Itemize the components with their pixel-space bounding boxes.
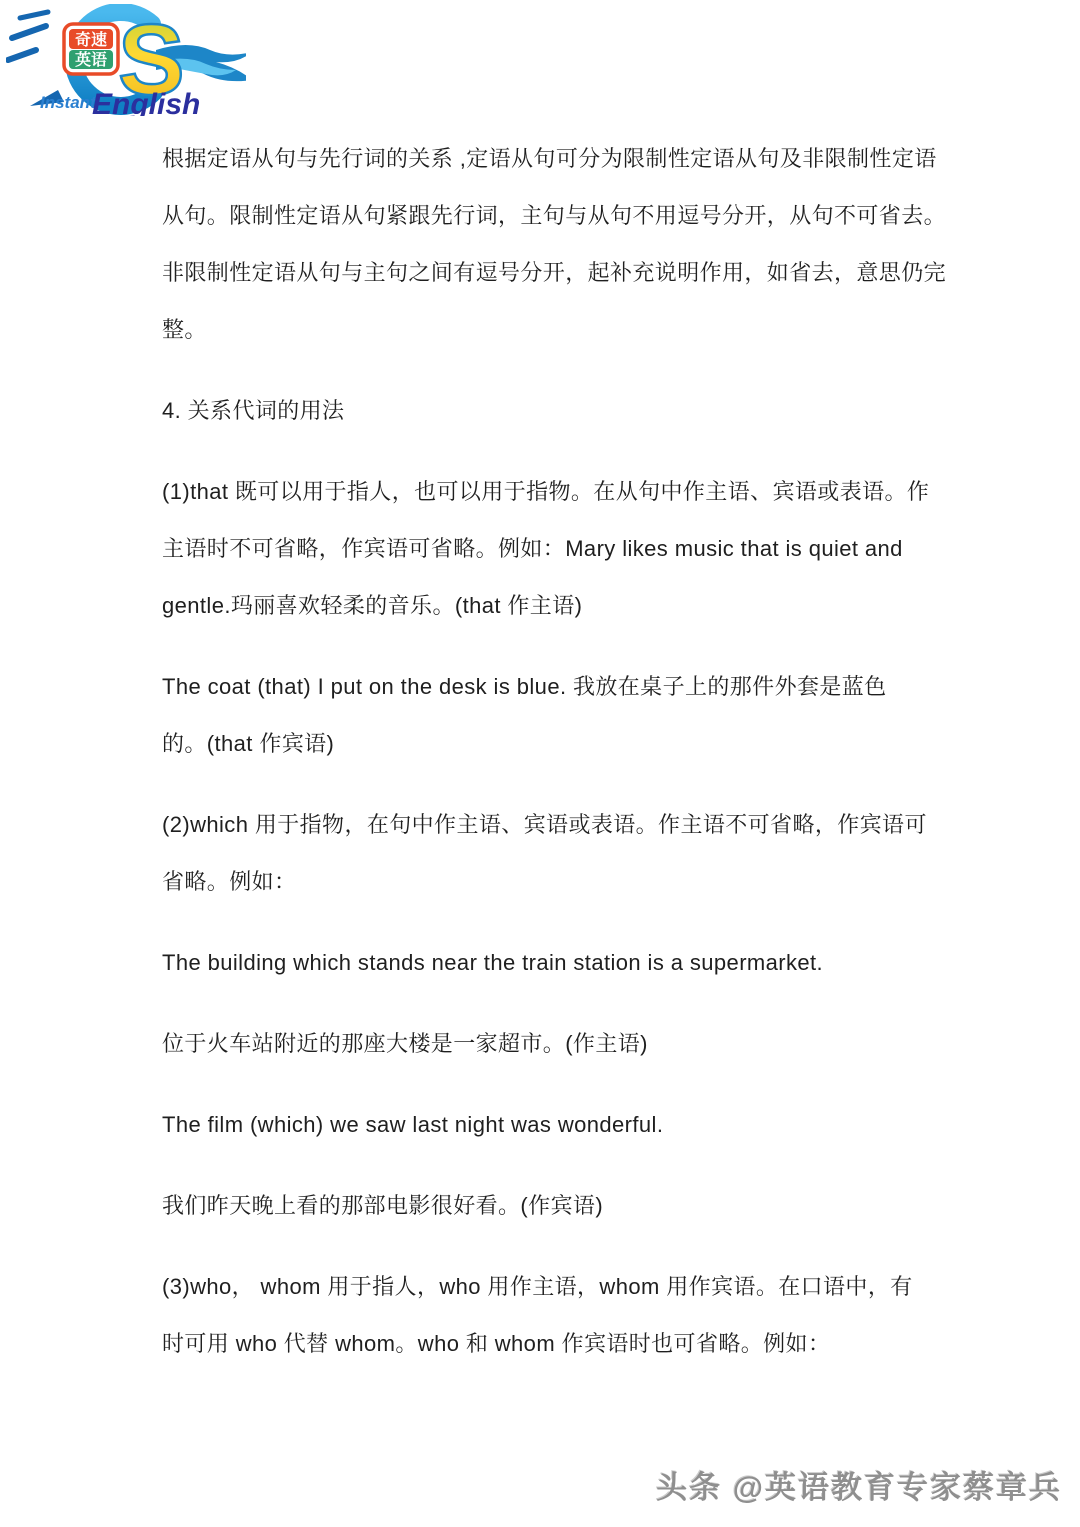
text-line: The film (which) we saw last night was w… [162,1096,948,1153]
text-line: 根据定语从句与先行词的关系 ,定语从句可分为限制性定语从句及非限制性定语 [162,130,948,187]
paragraph-who-whom: (3)who， whom 用于指人，who 用作主语，whom 用作宾语。在口语… [162,1258,948,1372]
text-line: 主语时不可省略，作宾语可省略。例如：Mary likes music that … [162,520,948,577]
english-wordmark: English [92,88,200,116]
heading-line: 4. 关系代词的用法 [162,382,948,439]
text-line: (1)that 既可以用于指人，也可以用于指物。在从句中作主语、宾语或表语。作 [162,463,948,520]
paragraph-that: (1)that 既可以用于指人，也可以用于指物。在从句中作主语、宾语或表语。作 … [162,463,948,634]
text-line: gentle.玛丽喜欢轻柔的音乐。(that 作主语) [162,577,948,634]
instant-english-logo: S 奇速 英语 Instant English [6,4,246,116]
text-line: 省略。例如： [162,853,948,910]
text-line: 的。(that 作宾语) [162,715,948,772]
document-page: S 奇速 英语 Instant English 根据定语从句与先行词的关系 ,定… [0,0,1080,1527]
text-line: (2)which 用于指物，在句中作主语、宾语或表语。作主语不可省略，作宾语可 [162,796,948,853]
text-line: (3)who， whom 用于指人，who 用作主语，whom 用作宾语。在口语… [162,1258,948,1315]
paragraph-which-example-en: The building which stands near the train… [162,934,948,991]
paragraph-film-example-cn: 我们昨天晚上看的那部电影很好看。(作宾语) [162,1177,948,1234]
document-body: 根据定语从句与先行词的关系 ,定语从句可分为限制性定语从句及非限制性定语 从句。… [162,130,948,1396]
text-line: 位于火车站附近的那座大楼是一家超市。(作主语) [162,1015,948,1072]
paragraph-film-example-en: The film (which) we saw last night was w… [162,1096,948,1153]
badge-text-top: 奇速 [75,30,107,49]
paragraph-which-example-cn: 位于火车站附近的那座大楼是一家超市。(作主语) [162,1015,948,1072]
instant-wordmark: Instant [40,93,97,112]
paragraph-intro: 根据定语从句与先行词的关系 ,定语从句可分为限制性定语从句及非限制性定语 从句。… [162,130,948,358]
text-line: 整。 [162,301,948,358]
paragraph-which: (2)which 用于指物，在句中作主语、宾语或表语。作主语不可省略，作宾语可 … [162,796,948,910]
text-line: 时可用 who 代替 whom。who 和 whom 作宾语时也可省略。例如： [162,1315,948,1372]
watermark: 头条 @英语教育专家蔡章兵 [0,1462,1062,1507]
text-line: 非限制性定语从句与主句之间有逗号分开，起补充说明作用，如省去，意思仍完 [162,244,948,301]
speed-lines-icon [8,12,48,60]
text-line: 从句。限制性定语从句紧跟先行词，主句与从句不用逗号分开，从句不可省去。 [162,187,948,244]
text-line: The coat (that) I put on the desk is blu… [162,658,948,715]
text-line: 我们昨天晚上看的那部电影很好看。(作宾语) [162,1177,948,1234]
text-line: The building which stands near the train… [162,934,948,991]
paragraph-that-example: The coat (that) I put on the desk is blu… [162,658,948,772]
logo-badge: 奇速 英语 [64,24,118,74]
badge-text-bottom: 英语 [75,50,107,69]
section-heading: 4. 关系代词的用法 [162,382,948,439]
